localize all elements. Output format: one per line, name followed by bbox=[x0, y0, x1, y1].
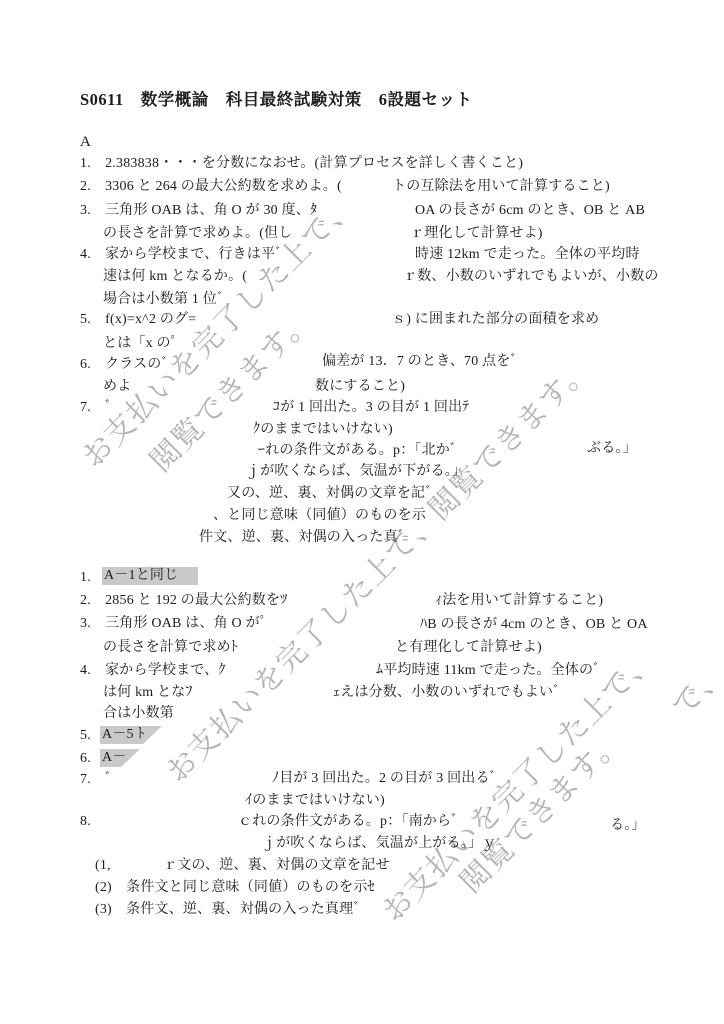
text-fragment: 数にすること) bbox=[315, 378, 405, 396]
text-fragment: 、と同じ意味（同値）のものを示 bbox=[213, 507, 426, 525]
text-fragment: とは「x のﾟ bbox=[103, 335, 178, 353]
text-fragment: 2. 2856 と 192 の最大公約数をﾂ bbox=[80, 592, 287, 610]
text-fragment: ｊが吹くならば、気温が上がる。」ｙ bbox=[262, 835, 496, 853]
text-fragment: ｓ) に囲まれた部分の面積を求め bbox=[392, 311, 599, 329]
text-fragment: 場合は小数第 1 位ﾞ bbox=[103, 291, 224, 309]
text-fragment: の長さを計算で求めよ。(但し bbox=[103, 225, 292, 243]
text-fragment: ﾉ目が 3 回出た。2 の目が 3 回出るﾞ bbox=[272, 770, 497, 788]
highlighted-text: A－5 ﾄ bbox=[100, 726, 162, 744]
highlighted-text: A－1と同じ bbox=[102, 567, 198, 585]
text-fragment: 5. f(x)=x^2 のグ= bbox=[80, 311, 196, 329]
text-fragment: は何 km となﾌ bbox=[103, 684, 193, 702]
text-fragment: 又の、逆、裏、対偶の文章を記ﾞ bbox=[227, 485, 432, 503]
text-fragment: ﾊB の長さが 4cm のとき、OB と OA bbox=[420, 616, 648, 634]
text-fragment: 3. 三角形 OAB は、角 O が 30 度、ﾀ bbox=[80, 202, 317, 220]
text-fragment: 6. クラスのﾞ bbox=[80, 356, 168, 374]
text-fragment: ぶる。」 bbox=[587, 440, 637, 458]
text-fragment: ｒ数、小数のいずれでもよいが、小数の bbox=[403, 268, 659, 286]
text-fragment: (2) 条件文と同じ意味（同値）のものを示ｾ bbox=[95, 879, 375, 897]
highlighted-text: A－ bbox=[100, 749, 140, 767]
text-fragment: 4. 家から学校まで、行きは平ﾞ bbox=[80, 246, 282, 264]
text-fragment: 合は小数第 bbox=[103, 705, 174, 723]
text-fragment: ｪえは分数、小数のいずれでもよいﾞ bbox=[333, 684, 560, 702]
text-fragment: ｒ理化して計算せよ) bbox=[410, 225, 543, 243]
text-fragment: 7. ﾞ bbox=[80, 399, 112, 417]
text-fragment: 速は何 km となるか。( bbox=[103, 268, 247, 286]
text-fragment: ｲのままではいけない) bbox=[245, 792, 385, 810]
text-fragment: トの互除法を用いて計算すること) bbox=[392, 178, 610, 196]
text-layer: 1. 2.383838・・・を分数になおせ。(計算プロセスを詳しく書くこと)2.… bbox=[0, 0, 724, 1024]
text-fragment: ｸのままではいけない) bbox=[253, 421, 393, 439]
text-fragment: 4. 家から学校まで、ｸ bbox=[80, 662, 226, 680]
text-fragment: 8. bbox=[80, 813, 91, 831]
text-fragment: ｰれの条件文がある。p：「北かﾞ bbox=[258, 442, 457, 460]
text-fragment: 1. 2.383838・・・を分数になおせ。(計算プロセスを詳しく書くこと) bbox=[80, 155, 523, 173]
text-fragment: ｺが 1 回出た。3 の目が 1 回出ﾃ bbox=[273, 399, 470, 417]
text-fragment: (1, bbox=[95, 857, 111, 875]
text-fragment: 件文、逆、裏、対偶の入った真ﾞ bbox=[199, 529, 405, 547]
text-fragment: 偏差が 13．7 のとき、70 点をﾞ bbox=[322, 353, 518, 371]
text-fragment: (3) 条件文、逆、裏、対偶の入った真理ﾞ bbox=[95, 901, 361, 919]
text-fragment: 時速 12km で走った。全体の平均時 bbox=[415, 246, 640, 264]
text-fragment: 7. ﾞ bbox=[80, 771, 112, 789]
text-fragment: OA の長さが 6cm のとき、OB と AB bbox=[415, 202, 645, 220]
text-fragment: る。」 bbox=[610, 817, 646, 835]
text-fragment: ﾑ平均時速 11km で走った。全体のﾞ bbox=[376, 662, 600, 680]
text-fragment: 3. 三角形 OAB は、角 O がﾟ bbox=[80, 615, 267, 633]
text-fragment: ｨ法を用いて計算すること) bbox=[435, 592, 603, 610]
text-fragment: めよ bbox=[103, 378, 131, 396]
text-fragment: 2. 3306 と 264 の最大公約数を求めよ。( bbox=[80, 178, 342, 196]
text-fragment: ｃれの条件文がある。p：「南からﾞ bbox=[238, 813, 458, 831]
text-fragment: ｒ文の、逆、裏、対偶の文章を記せ bbox=[163, 857, 390, 875]
text-fragment: ｊが吹くならば、気温が下がる。」 bbox=[246, 463, 466, 481]
text-fragment: の長さを計算で求めﾄ bbox=[103, 639, 238, 657]
document-page: お支払いを完了した上で、閲覧できます。お支払いを完了した上で、閲覧できます。お支… bbox=[0, 0, 724, 1024]
text-fragment: と有理化して計算せよ) bbox=[395, 639, 542, 657]
